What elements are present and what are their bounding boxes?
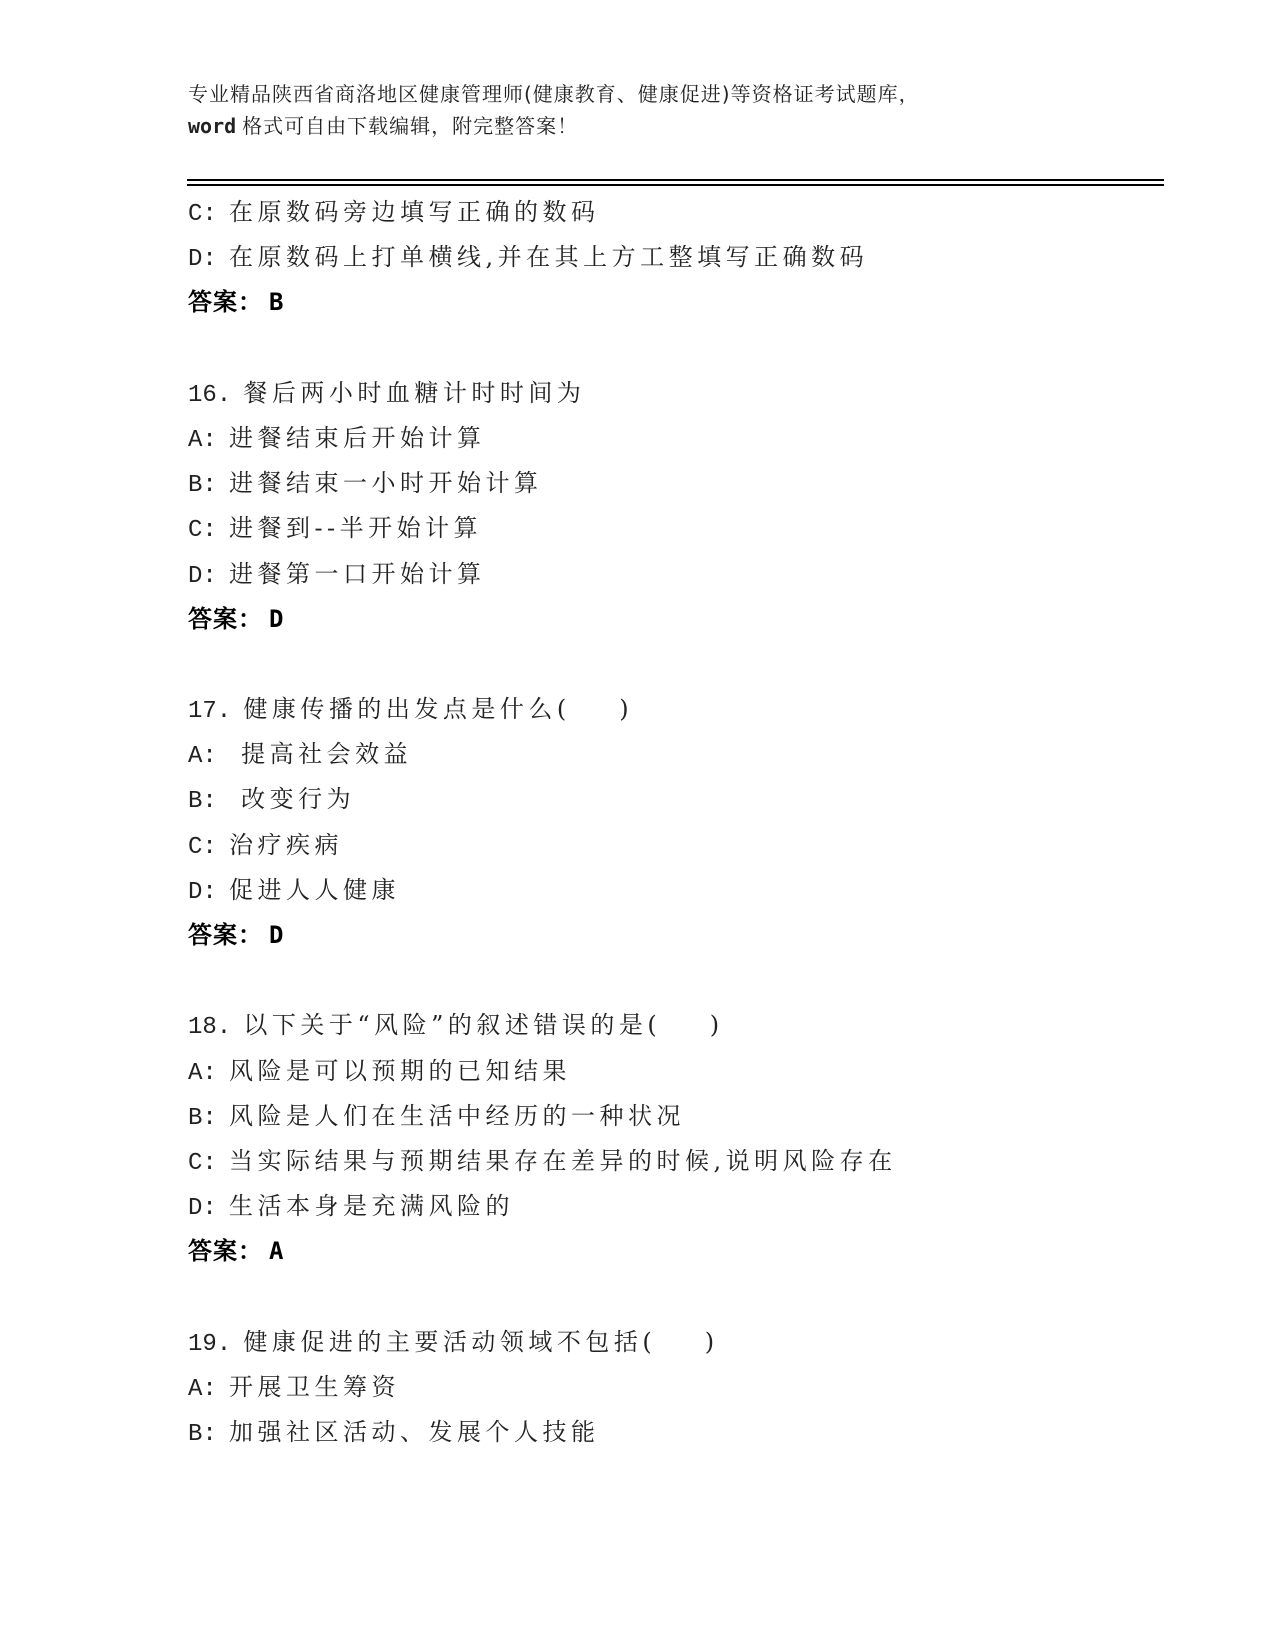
question-list: C: 在原数码旁边填写正确的数码 D: 在原数码上打单横线,并在其上方工整填写正… [188, 190, 1168, 1455]
answer-value: A [269, 1237, 284, 1265]
question-stem: 16. 餐后两小时血糖计时时间为 [188, 371, 1168, 416]
option-c: C: 进餐到--半开始计算 [188, 506, 1168, 551]
option-b: B: 改变行为 [188, 777, 1168, 822]
question-stem: 18. 以下关于“风险”的叙述错误的是( ) [188, 1003, 1168, 1048]
answer-line: 答案：B [188, 280, 1168, 325]
option-c: C: 在原数码旁边填写正确的数码 [188, 190, 1168, 235]
header-title-line-2: word格式可自由下载编辑，附完整答案！ [188, 110, 1088, 142]
header-divider-bottom [187, 184, 1164, 186]
answer-line: 答案：A [188, 1229, 1168, 1274]
header-subtitle: 格式可自由下载编辑，附完整答案！ [242, 114, 578, 138]
question-16: 16. 餐后两小时血糖计时时间为 A: 进餐结束后开始计算 B: 进餐结束一小时… [188, 371, 1168, 642]
option-b: B: 风险是人们在生活中经历的一种状况 [188, 1094, 1168, 1139]
spacer [188, 1275, 1168, 1320]
question-18: 18. 以下关于“风险”的叙述错误的是( ) A: 风险是可以预期的已知结果 B… [188, 1003, 1168, 1274]
option-b: B: 加强社区活动、发展个人技能 [188, 1410, 1168, 1455]
question-stem: 19. 健康促进的主要活动领域不包括( ) [188, 1320, 1168, 1365]
question-17: 17. 健康传播的出发点是什么( ) A: 提高社会效益 B: 改变行为 C: … [188, 687, 1168, 958]
option-c: C: 治疗疾病 [188, 823, 1168, 868]
question-15-continuation: C: 在原数码旁边填写正确的数码 D: 在原数码上打单横线,并在其上方工整填写正… [188, 190, 1168, 326]
answer-value: D [269, 921, 284, 949]
answer-value: D [269, 605, 284, 633]
answer-line: 答案：D [188, 597, 1168, 642]
question-stem: 17. 健康传播的出发点是什么( ) [188, 687, 1168, 732]
spacer [188, 958, 1168, 1003]
document-header: 专业精品陕西省商洛地区健康管理师(健康教育、健康促进)等资格证考试题库， wor… [188, 78, 1088, 142]
option-a: A: 风险是可以预期的已知结果 [188, 1049, 1168, 1094]
option-a: A: 进餐结束后开始计算 [188, 416, 1168, 461]
option-a: A: 提高社会效益 [188, 732, 1168, 777]
option-a: A: 开展卫生筹资 [188, 1365, 1168, 1410]
question-19: 19. 健康促进的主要活动领域不包括( ) A: 开展卫生筹资 B: 加强社区活… [188, 1320, 1168, 1456]
option-d: D: 进餐第一口开始计算 [188, 552, 1168, 597]
answer-line: 答案：D [188, 913, 1168, 958]
document-page: 专业精品陕西省商洛地区健康管理师(健康教育、健康促进)等资格证考试题库， wor… [0, 0, 1275, 1650]
option-b: B: 进餐结束一小时开始计算 [188, 461, 1168, 506]
spacer [188, 326, 1168, 371]
option-d: D: 促进人人健康 [188, 868, 1168, 913]
header-divider-top [187, 179, 1164, 181]
answer-value: B [269, 288, 284, 316]
header-title-line-1: 专业精品陕西省商洛地区健康管理师(健康教育、健康促进)等资格证考试题库， [188, 78, 1088, 110]
option-c: C: 当实际结果与预期结果存在差异的时候,说明风险存在 [188, 1139, 1168, 1184]
option-d: D: 生活本身是充满风险的 [188, 1184, 1168, 1229]
option-d: D: 在原数码上打单横线,并在其上方工整填写正确数码 [188, 235, 1168, 280]
header-word-label: word [188, 114, 236, 138]
spacer [188, 642, 1168, 687]
